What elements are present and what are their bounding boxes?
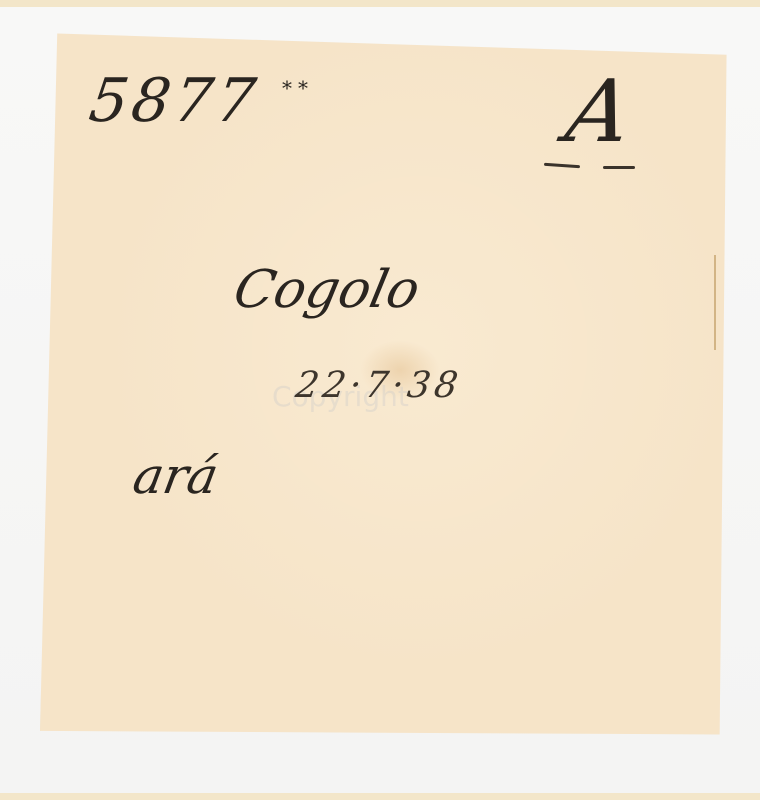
locality-text: Cogolo <box>229 260 425 320</box>
class-underline-right <box>603 166 635 169</box>
paper-fold-mark <box>714 255 716 350</box>
catalog-number: 5877 <box>85 66 264 136</box>
date-text: 22·7·38 <box>293 365 464 406</box>
name-text: ará <box>129 447 223 505</box>
catalog-marks: ** <box>282 76 314 100</box>
bottom-edge-strip <box>0 793 760 800</box>
top-edge-strip <box>0 0 760 7</box>
